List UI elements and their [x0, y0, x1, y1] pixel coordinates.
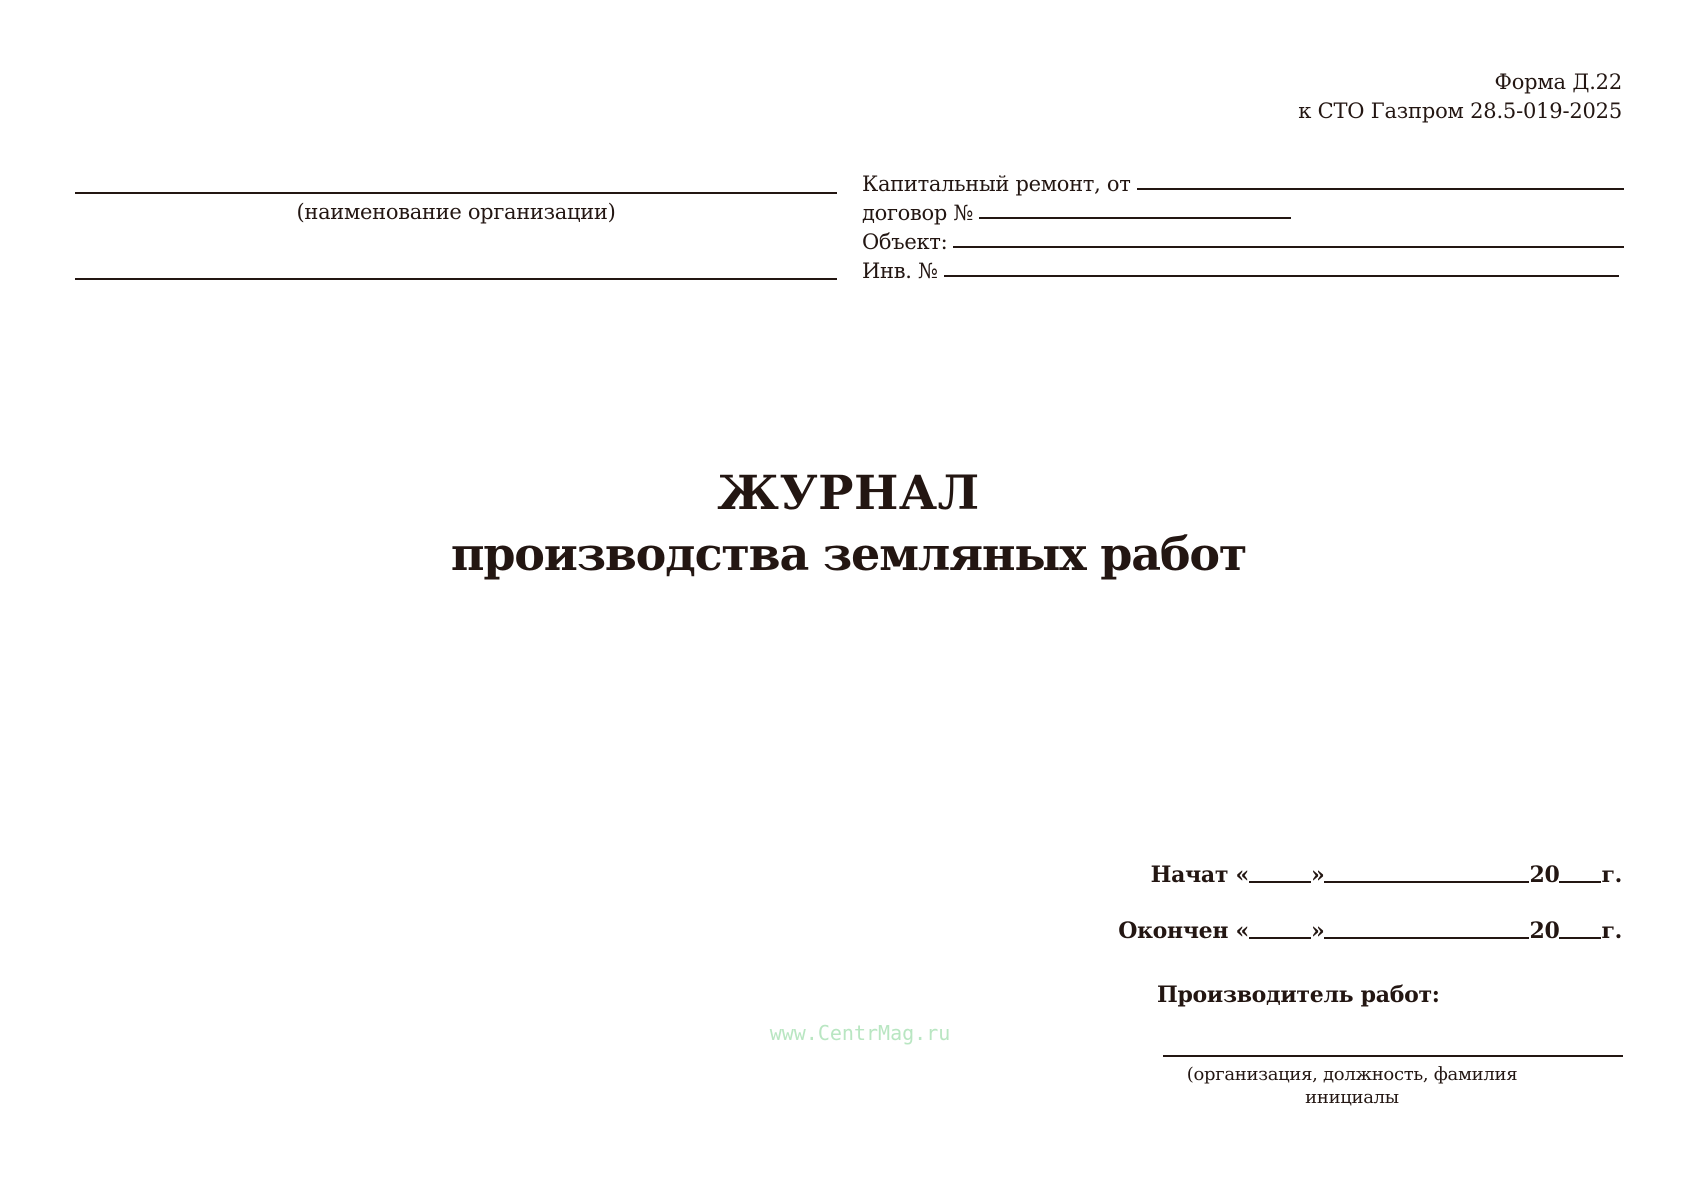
year-suffix: г.	[1601, 918, 1622, 944]
info-row-contract: договор №	[862, 196, 1624, 225]
started-label: Начат	[1151, 862, 1229, 888]
work-producer-caption-line1: (организация, должность, фамилия	[1163, 1063, 1541, 1086]
info-row-capital-repair: Капитальный ремонт, от	[862, 167, 1624, 196]
open-quote: «	[1236, 918, 1249, 944]
organization-extra-field[interactable]	[75, 278, 837, 280]
object-label: Объект:	[862, 230, 953, 254]
work-producer-caption: (организация, должность, фамилия инициал…	[1163, 1063, 1623, 1109]
started-date-row: Начат «»20г.	[1151, 862, 1622, 888]
object-field[interactable]	[953, 246, 1624, 248]
century-prefix: 20	[1529, 918, 1559, 944]
close-quote: »	[1311, 862, 1324, 888]
form-number: Форма Д.22	[1298, 68, 1622, 97]
finished-year-field[interactable]	[1559, 937, 1601, 939]
info-row-inventory: Инв. №	[862, 254, 1624, 283]
form-reference: Форма Д.22 к СТО Газпром 28.5-019-2025	[1298, 68, 1622, 126]
organization-name-caption: (наименование организации)	[75, 199, 837, 225]
work-producer-caption-line2: инициалы	[1163, 1086, 1541, 1109]
watermark: www.CentrMag.ru	[740, 1021, 980, 1045]
finished-month-field[interactable]	[1324, 937, 1529, 939]
finished-date-row: Окончен «»20г.	[1118, 918, 1622, 944]
finished-day-field[interactable]	[1249, 937, 1311, 939]
document-subtitle: производства земляных работ	[0, 526, 1697, 582]
inventory-number-label: Инв. №	[862, 259, 944, 283]
organization-name-field[interactable]	[75, 192, 837, 194]
started-day-field[interactable]	[1249, 881, 1311, 883]
info-row-object: Объект:	[862, 225, 1624, 254]
inventory-number-field[interactable]	[944, 275, 1619, 277]
year-suffix: г.	[1601, 862, 1622, 888]
capital-repair-field[interactable]	[1137, 188, 1624, 190]
capital-repair-label: Капитальный ремонт, от	[862, 172, 1137, 196]
contract-number-field[interactable]	[979, 217, 1291, 219]
work-producer-label: Производитель работ:	[1157, 982, 1440, 1008]
document-title: ЖУРНАЛ	[0, 466, 1697, 522]
open-quote: «	[1236, 862, 1249, 888]
contract-number-label: договор №	[862, 201, 979, 225]
work-producer-field[interactable]	[1163, 1055, 1623, 1057]
standard-reference: к СТО Газпром 28.5-019-2025	[1298, 97, 1622, 126]
project-info-block: Капитальный ремонт, от договор № Объект:…	[862, 167, 1624, 283]
started-month-field[interactable]	[1324, 881, 1529, 883]
started-year-field[interactable]	[1559, 881, 1601, 883]
finished-label: Окончен	[1118, 918, 1228, 944]
century-prefix: 20	[1529, 862, 1559, 888]
close-quote: »	[1311, 918, 1324, 944]
